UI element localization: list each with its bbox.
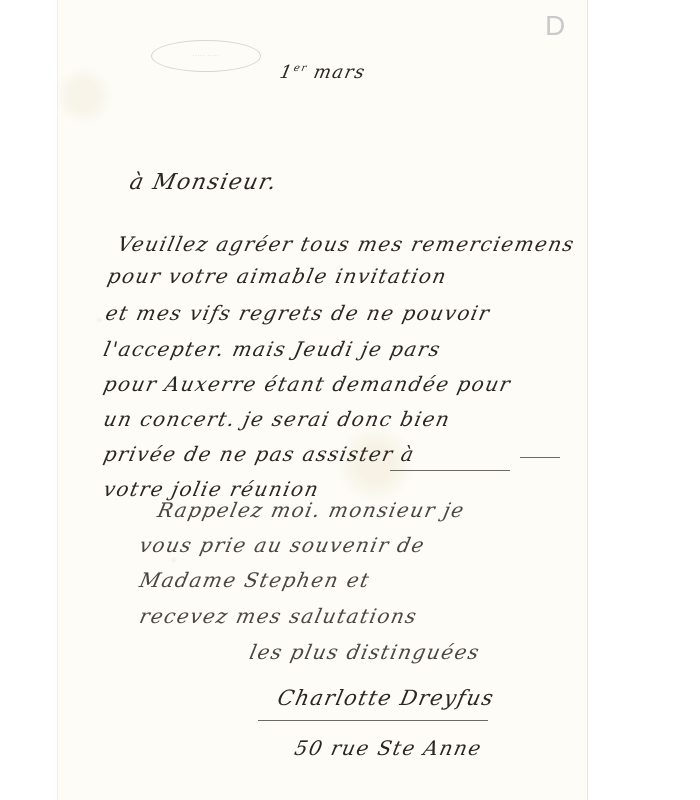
- closing-line: les plus distinguées: [247, 640, 482, 664]
- line-filler-rule: [520, 457, 560, 458]
- body-line: un concert. je serai donc bien: [101, 407, 453, 431]
- embossed-stamp: ····· ·····: [151, 40, 261, 72]
- closing-line: Rappelez moi. monsieur je: [155, 498, 467, 522]
- signature-underline: [258, 720, 488, 721]
- letter-paper: ····· ····· D: [57, 0, 588, 800]
- signature: Charlotte Dreyfus: [275, 686, 496, 710]
- body-line: Veuillez agréer tous mes remerciemens: [115, 232, 577, 256]
- closing-line: vous prie au souvenir de: [137, 533, 427, 557]
- body-line: et mes vifs regrets de ne pouvoir: [103, 301, 492, 325]
- sender-address: 50 rue Ste Anne: [292, 736, 484, 760]
- closing-line: recevez mes salutations: [137, 604, 420, 628]
- body-line: l'accepter. mais Jeudi je pars: [101, 337, 443, 361]
- closing-line: Madame Stephen et: [137, 568, 372, 592]
- salutation: à Monsieur.: [127, 170, 279, 195]
- body-line: pour votre aimable invitation: [105, 264, 449, 288]
- date-month: mars: [312, 62, 368, 83]
- letter-date: 1er mars: [278, 62, 368, 83]
- date-suffix: er: [293, 63, 309, 74]
- pencil-annotation: D: [545, 10, 565, 42]
- body-line: pour Auxerre étant demandée pour: [101, 372, 513, 396]
- body-line: privée de ne pas assister à: [101, 442, 417, 466]
- line-filler-rule: [390, 470, 510, 471]
